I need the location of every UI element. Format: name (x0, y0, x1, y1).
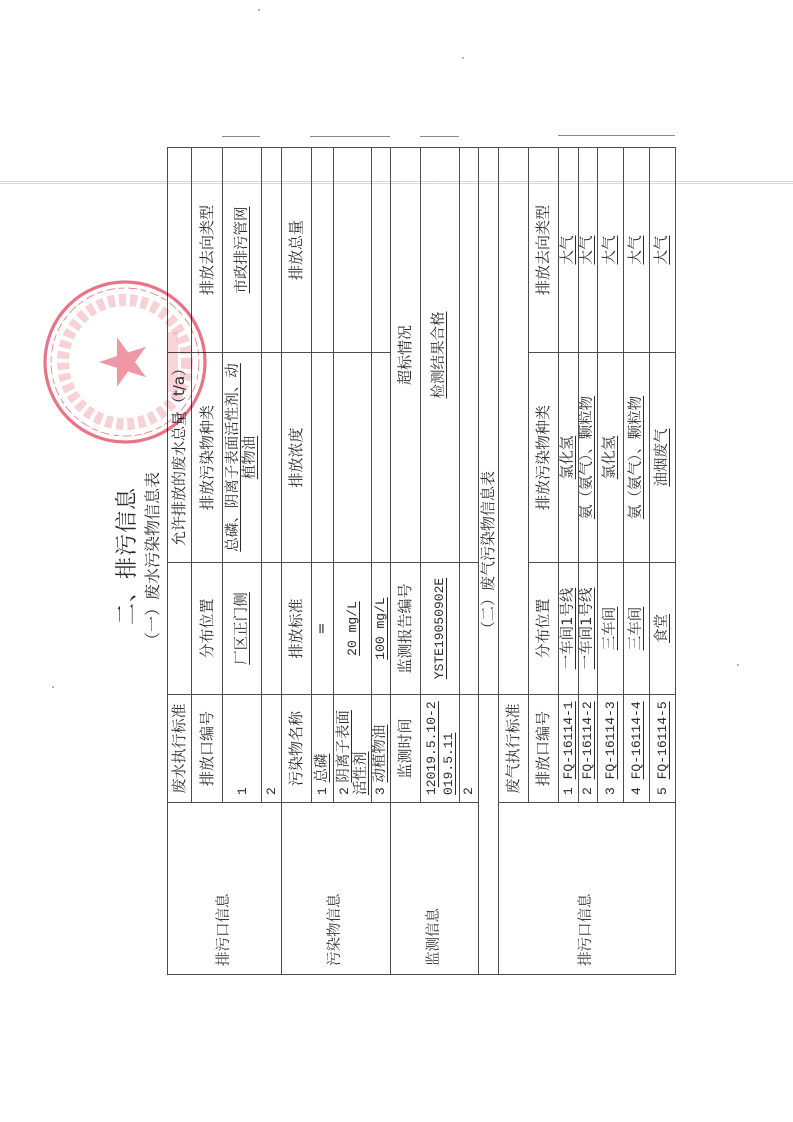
blank-cell (479, 694, 498, 974)
gas-destination-cell: 大气 (650, 147, 676, 352)
pollutant-concentration (334, 352, 372, 562)
monitoring-index: 2 (460, 694, 480, 802)
gas-destination: 大气 (602, 236, 619, 265)
header-outlet-no: 排放口编号 (529, 694, 560, 802)
gas-pollutants-cell: 氯化氢 (598, 352, 624, 562)
pollutant-total (334, 147, 372, 352)
pollutant-name: 动植物油 (372, 725, 388, 783)
gas-pollutants-cell: 氯化氢 (559, 352, 578, 562)
gas-destination-cell: 大气 (598, 147, 624, 352)
section-label-pollutant-info: 污染物信息 (282, 802, 391, 974)
gas-pollutants: 氯化氢 (602, 436, 619, 480)
gas-outlet-cell: 4 FQ-16114-4 (624, 694, 650, 802)
pollutant-total (372, 147, 391, 352)
header-location: 分布位置 (529, 562, 560, 694)
pollutant-index: 2 (337, 787, 352, 795)
gas-outlet-cell: 5 FQ-16114-5 (650, 694, 676, 802)
pollutant-concentration (312, 352, 334, 562)
gas-outlet-index: 5 (655, 787, 670, 795)
outlet-destination (262, 147, 282, 352)
pollutant-standard: = (312, 562, 334, 694)
report-no: YSTE19050902E (431, 578, 448, 679)
wastewater-standard-label: 废水执行标准 (168, 694, 193, 802)
header-pollutant-types: 排放污染物种类 (529, 352, 560, 562)
pollutant-concentration (372, 352, 391, 562)
outlet-location-cell: 厂区正门侧 (223, 562, 261, 694)
scan-speck (737, 664, 739, 666)
header-destination-type: 排放去向类型 (529, 147, 560, 352)
gas-location-cell: 一车间1号线 (559, 562, 578, 694)
outlet-no: 1 (223, 694, 261, 802)
gas-destination: 大气 (579, 236, 596, 265)
gas-outlet-code: FQ-16114-1 (561, 701, 576, 779)
scan-speck (462, 57, 464, 59)
header-location: 分布位置 (192, 562, 223, 694)
allowed-wastewater-total-label: 允许排放的废水总量（t/a） (168, 352, 193, 562)
scan-speck (258, 9, 260, 11)
gas-outlet-code: FQ-16114-5 (655, 701, 670, 779)
gas-pollutants: 氨（氨气）、颗粒物 (579, 396, 596, 519)
gas-location-cell: 食堂 (650, 562, 676, 694)
outlet-destination: 市政排污管网 (234, 207, 251, 294)
gas-standard-value (499, 147, 529, 694)
section-label-wastewater-outlet-info: 排污口信息 (168, 802, 282, 974)
scan-artifact-line (558, 135, 675, 136)
gas-location-cell: 三车间 (598, 562, 624, 694)
wastewater-standard-value (168, 562, 193, 694)
gas-outlet-code: FQ-16114-2 (580, 701, 595, 779)
gas-location: 三车间 (628, 607, 645, 651)
gas-location-cell: 三车间 (624, 562, 650, 694)
pollutant-standard: 100 mg/L (372, 597, 389, 659)
gas-location: 一车间1号线 (579, 588, 596, 670)
waste-gas-table-title: （二）废气污染物信息表 (479, 147, 498, 694)
outlet-location (262, 562, 282, 694)
pollutant-name-cell: 1 总磷 (312, 694, 334, 802)
gas-location: 食堂 (654, 614, 671, 643)
header-monitoring-time: 监测时间 (391, 694, 421, 802)
gas-destination: 大气 (654, 236, 671, 265)
section-heading: 二、排污信息 (115, 0, 141, 1122)
scan-artifact-line (222, 136, 260, 137)
outlet-no: 2 (262, 694, 282, 802)
gas-outlet-cell: 2 FQ-16114-2 (579, 694, 599, 802)
gas-outlet-cell: 3 FQ-16114-3 (598, 694, 624, 802)
pollutant-name-cell: 3 动植物油 (372, 694, 391, 802)
exceedance-result (460, 147, 480, 562)
outlet-pollutants-cell: 总磷、阴离子表面活性剂、动植物油 (223, 352, 261, 562)
scanned-document-page: 二、排污信息 （一）废水污染物信息表 排污口信息 废水执行标准 允许排放的废水总… (0, 0, 793, 1122)
gas-pollutants: 油烟废气 (654, 429, 671, 487)
gas-location: 三车间 (602, 607, 619, 651)
pollutant-standard-cell: 20 mg/L (334, 562, 372, 694)
gas-outlet-index: 1 (561, 787, 576, 795)
gas-outlet-index: 4 (629, 787, 644, 795)
pollutant-total (312, 147, 334, 352)
header-report-no: 监测报告编号 (391, 562, 421, 694)
pollutant-standard: 20 mg/L (344, 601, 361, 656)
discharge-information-table: 排污口信息 废水执行标准 允许排放的废水总量（t/a） 排放口编号 分布位置 排… (167, 147, 676, 975)
header-outlet-no: 排放口编号 (192, 694, 223, 802)
report-no (460, 562, 480, 694)
gas-location-cell: 一车间1号线 (579, 562, 599, 694)
pollutant-name: 阴离子表面活性剂 (336, 710, 369, 795)
section-label-gas-outlet-info: 排污口信息 (499, 802, 676, 974)
gas-outlet-index: 3 (603, 787, 618, 795)
section-label-monitoring-info: 监测信息 (391, 802, 479, 974)
header-pollutant-types: 排放污染物种类 (192, 352, 223, 562)
gas-destination-cell: 大气 (624, 147, 650, 352)
gas-pollutants-cell: 氨（氨气）、颗粒物 (579, 352, 599, 562)
gas-outlet-code: FQ-16114-3 (603, 701, 618, 779)
gas-pollutants: 氨（氨气）、颗粒物 (628, 396, 645, 519)
header-discharge-standard: 排放标准 (282, 562, 312, 694)
gas-outlet-cell: 1 FQ-16114-1 (559, 694, 578, 802)
gas-location: 一车间1号线 (560, 588, 577, 670)
gas-standard-label: 废气执行标准 (499, 694, 529, 802)
gas-outlet-index: 2 (580, 787, 595, 795)
gas-destination: 大气 (628, 236, 645, 265)
header-pollutant-name: 污染物名称 (282, 694, 312, 802)
outlet-pollutants (262, 352, 282, 562)
header-discharge-concentration: 排放浓度 (282, 352, 312, 562)
wastewater-table-title: （一）废水污染物信息表 (144, 0, 162, 1122)
outlet-destination-cell: 市政排污管网 (223, 147, 261, 352)
gas-destination: 大气 (560, 236, 577, 265)
header-discharge-total: 排放总量 (282, 147, 312, 352)
exceedance-result: 检测结果合格 (431, 312, 448, 399)
pollutant-index: 3 (373, 787, 388, 795)
gas-pollutants-cell: 油烟废气 (650, 352, 676, 562)
scan-speck (52, 686, 54, 688)
outlet-pollutants: 总磷、阴离子表面活性剂、动植物油 (225, 357, 259, 558)
monitoring-index: 1 (424, 787, 439, 795)
rotated-landscape-sheet: 二、排污信息 （一）废水污染物信息表 排污口信息 废水执行标准 允许排放的废水总… (0, 0, 793, 1122)
pollutant-index: 1 (315, 787, 330, 795)
header-exceedance: 超标情况 (391, 147, 421, 562)
gas-pollutants: 氯化氢 (560, 436, 577, 480)
exceedance-cell: 检测结果合格 (421, 147, 460, 562)
allowed-wastewater-total-value (168, 147, 193, 352)
scan-artifact-line (420, 136, 459, 137)
gas-destination-cell: 大气 (559, 147, 578, 352)
pollutant-name: 总磷 (314, 754, 330, 783)
monitoring-time: 2019.5.10-2019.5.11 (424, 701, 456, 795)
gas-destination-cell: 大气 (579, 147, 599, 352)
pollutant-standard-cell: 100 mg/L (372, 562, 391, 694)
gas-outlet-code: FQ-16114-4 (629, 701, 644, 779)
pollutant-name-cell: 2 阴离子表面活性剂 (334, 694, 372, 802)
report-no-cell: YSTE19050902E (421, 562, 460, 694)
outlet-location: 厂区正门侧 (234, 592, 251, 665)
gas-pollutants-cell: 氨（氨气）、颗粒物 (624, 352, 650, 562)
header-destination-type: 排放去向类型 (192, 147, 223, 352)
monitoring-time-cell: 12019.5.10-2019.5.11 (421, 694, 460, 802)
scan-artifact-line (310, 136, 390, 137)
